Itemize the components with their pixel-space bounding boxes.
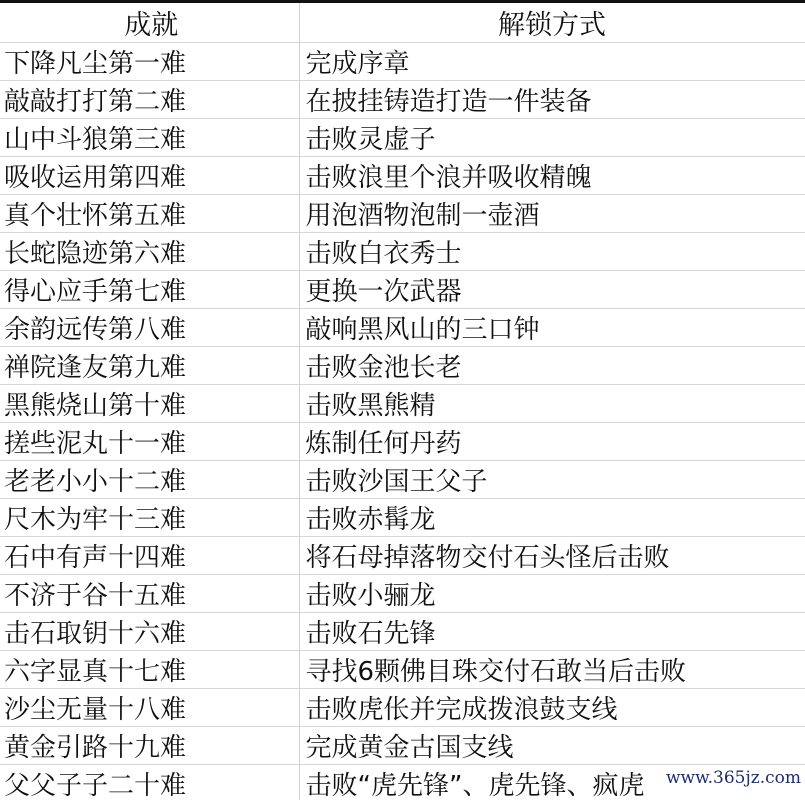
unlock-method-cell: 完成黄金古国支线: [299, 727, 805, 765]
unlock-method-cell: 用泡酒物泡制一壶酒: [299, 195, 805, 233]
achievement-cell: 搓些泥丸十一难: [0, 423, 299, 461]
achievement-cell: 不济于谷十五难: [0, 575, 299, 613]
unlock-method-cell: 击败黑熊精: [299, 385, 805, 423]
achievement-cell: 山中斗狼第三难: [0, 119, 299, 157]
table-row: 敲敲打打第二难在披挂铸造打造一件装备: [0, 81, 805, 119]
table-row: 山中斗狼第三难击败灵虚子: [0, 119, 805, 157]
achievement-cell: 击石取钥十六难: [0, 613, 299, 651]
achievement-cell: 尺木为牢十三难: [0, 499, 299, 537]
unlock-method-cell: 将石母掉落物交付石头怪后击败: [299, 537, 805, 575]
unlock-method-cell: 在披挂铸造打造一件装备: [299, 81, 805, 119]
unlock-method-cell: 击败小骊龙: [299, 575, 805, 613]
unlock-method-cell: 完成序章: [299, 43, 805, 81]
achievement-cell: 敲敲打打第二难: [0, 81, 299, 119]
unlock-method-cell: 击败虎伥并完成拨浪鼓支线: [299, 689, 805, 727]
watermark: www.365jz.com: [666, 768, 801, 788]
achievement-cell: 老老小小十二难: [0, 461, 299, 499]
achievement-cell: 得心应手第七难: [0, 271, 299, 309]
unlock-method-cell: 击败沙国王父子: [299, 461, 805, 499]
achievement-cell: 父父子子二十难: [0, 765, 299, 800]
unlock-method-cell: 击败石先锋: [299, 613, 805, 651]
unlock-method-cell: 击败赤髯龙: [299, 499, 805, 537]
unlock-method-cell: 炼制任何丹药: [299, 423, 805, 461]
table-row: 余韵远传第八难敲响黑风山的三口钟: [0, 309, 805, 347]
table-row: 真个壮怀第五难用泡酒物泡制一壶酒: [0, 195, 805, 233]
table-row: 六字显真十七难寻找6颗佛目珠交付石敢当后击败: [0, 651, 805, 689]
achievement-cell: 石中有声十四难: [0, 537, 299, 575]
unlock-method-cell: 击败白衣秀士: [299, 233, 805, 271]
table-row: 沙尘无量十八难击败虎伥并完成拨浪鼓支线: [0, 689, 805, 727]
achievement-cell: 真个壮怀第五难: [0, 195, 299, 233]
table-row: 黑熊烧山第十难击败黑熊精: [0, 385, 805, 423]
table-row: 击石取钥十六难击败石先锋: [0, 613, 805, 651]
table-row: 石中有声十四难将石母掉落物交付石头怪后击败: [0, 537, 805, 575]
table-row: 下降凡尘第一难完成序章: [0, 43, 805, 81]
table-row: 尺木为牢十三难击败赤髯龙: [0, 499, 805, 537]
table-row: 得心应手第七难更换一次武器: [0, 271, 805, 309]
unlock-method-cell: 击败灵虚子: [299, 119, 805, 157]
achievement-cell: 沙尘无量十八难: [0, 689, 299, 727]
table-row: 黄金引路十九难完成黄金古国支线: [0, 727, 805, 765]
achievement-cell: 黑熊烧山第十难: [0, 385, 299, 423]
table-header-row: 成就 解锁方式: [0, 3, 805, 43]
achievement-cell: 长蛇隐迹第六难: [0, 233, 299, 271]
achievement-cell: 黄金引路十九难: [0, 727, 299, 765]
header-unlock-method: 解锁方式: [299, 3, 805, 43]
table-row: 吸收运用第四难击败浪里个浪并吸收精魄: [0, 157, 805, 195]
table-row: 不济于谷十五难击败小骊龙: [0, 575, 805, 613]
achievement-cell: 六字显真十七难: [0, 651, 299, 689]
table-row: 老老小小十二难击败沙国王父子: [0, 461, 805, 499]
achievement-cell: 下降凡尘第一难: [0, 43, 299, 81]
unlock-method-cell: 寻找6颗佛目珠交付石敢当后击败: [299, 651, 805, 689]
table-row: 搓些泥丸十一难炼制任何丹药: [0, 423, 805, 461]
unlock-method-cell: 敲响黑风山的三口钟: [299, 309, 805, 347]
achievement-cell: 禅院逢友第九难: [0, 347, 299, 385]
achievement-cell: 余韵远传第八难: [0, 309, 299, 347]
unlock-method-cell: 更换一次武器: [299, 271, 805, 309]
table-row: 长蛇隐迹第六难击败白衣秀士: [0, 233, 805, 271]
achievement-cell: 吸收运用第四难: [0, 157, 299, 195]
achievements-table: 成就 解锁方式 下降凡尘第一难完成序章敲敲打打第二难在披挂铸造打造一件装备山中斗…: [0, 3, 805, 800]
table-row: 禅院逢友第九难击败金池长老: [0, 347, 805, 385]
unlock-method-cell: 击败浪里个浪并吸收精魄: [299, 157, 805, 195]
unlock-method-cell: 击败金池长老: [299, 347, 805, 385]
header-achievement: 成就: [0, 3, 299, 43]
